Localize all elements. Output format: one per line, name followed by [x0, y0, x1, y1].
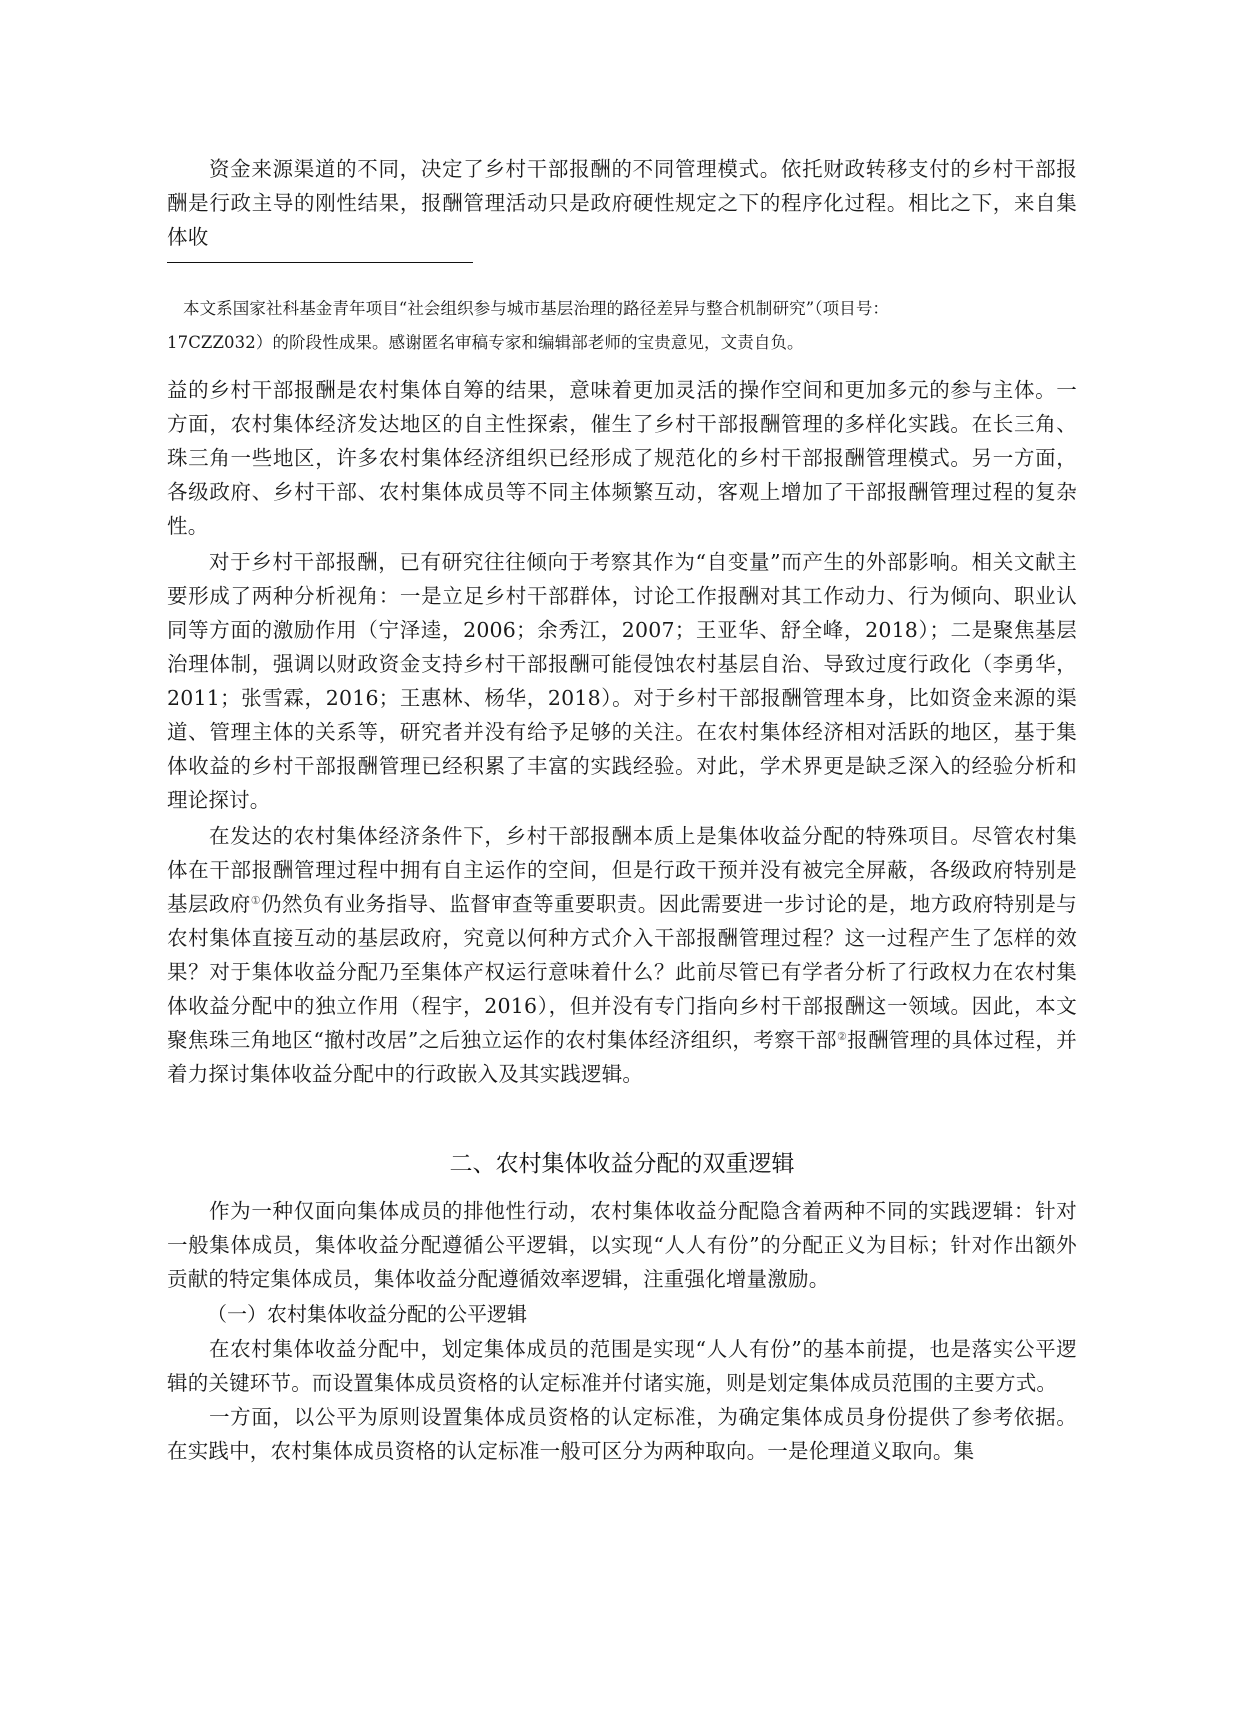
body-paragraph-continued: 益的乡村干部报酬是农村集体自筹的结果，意味着更加灵活的操作空间和更加多元的参与主… [167, 373, 1077, 543]
footnote-marker-2[interactable]: ② [837, 1030, 847, 1043]
footnote: 本文系国家社科基金青年项目“社会组织参与城市基层治理的路径差异与整合机制研究”（… [167, 292, 1077, 360]
section-heading: 二、农村集体收益分配的双重逻辑 [167, 1146, 1077, 1182]
body-section-intro: 益的乡村干部报酬是农村集体自筹的结果，意味着更加灵活的操作空间和更加多元的参与主… [167, 373, 1077, 1093]
body-paragraph-fairness: 在农村集体收益分配中，划定集体成员的范围是实现“人人有份”的基本前提，也是落实公… [167, 1332, 1077, 1400]
footnote-line-2: 17CZZ032）的阶段性成果。感谢匿名审稿专家和编辑部老师的宝贵意见，文责自负… [167, 326, 1077, 360]
body-paragraph-intro: 作为一种仅面向集体成员的排他性行动，农村集体收益分配隐含着两种不同的实践逻辑：针… [167, 1194, 1077, 1296]
subsection-heading: （一）农村集体收益分配的公平逻辑 [167, 1296, 1077, 1332]
footnote-marker-1[interactable]: ① [251, 894, 261, 907]
footnote-divider [167, 262, 473, 263]
body-paragraph-literature: 对于乡村干部报酬，已有研究往往倾向于考察其作为“自变量”而产生的外部影响。相关文… [167, 545, 1077, 817]
body-paragraph-membership-standard: 一方面，以公平为原则设置集体成员资格的认定标准，为确定集体成员身份提供了参考依据… [167, 1400, 1077, 1468]
footnote-line-1: 本文系国家社科基金青年项目“社会组织参与城市基层治理的路径差异与整合机制研究”（… [167, 292, 1077, 326]
body-paragraph-funding-sources: 资金来源渠道的不同，决定了乡村干部报酬的不同管理模式。依托财政转移支付的乡村干部… [167, 152, 1077, 254]
body-section-dual-logic: 作为一种仅面向集体成员的排他性行动，农村集体收益分配隐含着两种不同的实践逻辑：针… [167, 1194, 1077, 1468]
body-paragraph-research-question: 在发达的农村集体经济条件下，乡村干部报酬本质上是集体收益分配的特殊项目。尽管农村… [167, 819, 1077, 1091]
